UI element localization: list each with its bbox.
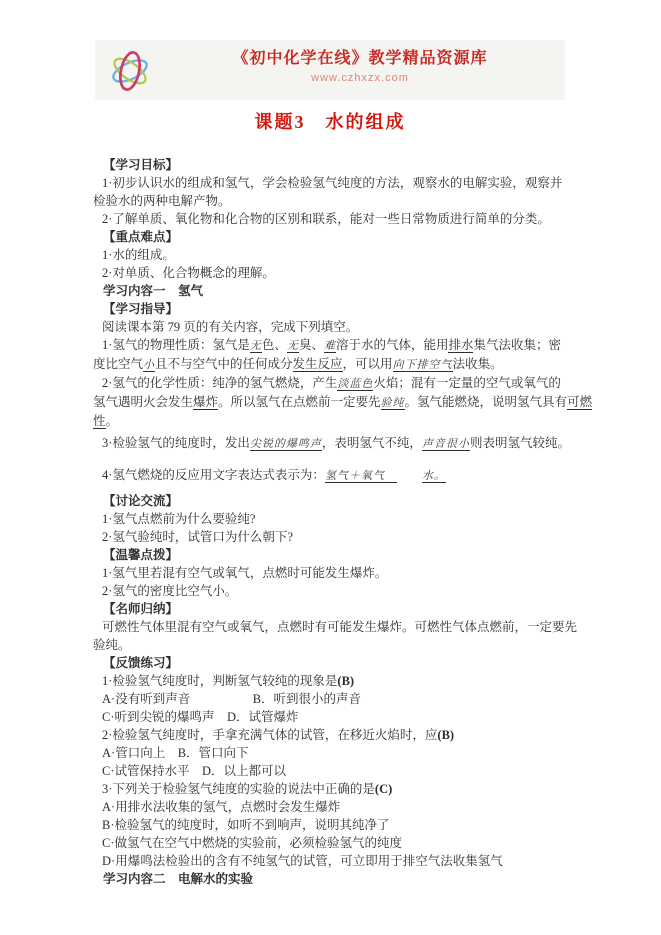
text-segment: A·用排水法收集的氢气，点燃时会发生爆炸: [102, 800, 340, 814]
answer-blank: 排水: [448, 338, 473, 353]
doc-line: 【学习指导】: [93, 300, 567, 318]
answer-blank: 小: [143, 359, 155, 372]
text-segment: 2·氢气的密度比空气小。: [102, 584, 237, 598]
text-segment: [397, 468, 422, 482]
text-segment: A·没有听到声音 B．听到很小的声音: [102, 692, 361, 706]
answer-blank: 尖锐的爆鸣声: [250, 438, 322, 451]
doc-line: D·用爆鸣法检验出的含有不纯氢气的试管，可立即用于排空气法收集氢气: [93, 852, 567, 870]
doc-line: 4·氢气燃烧的反应用文字表达式表示为：氢气＋氧气 水。: [93, 466, 567, 485]
doc-line: 2·氢气的密度比空气小。: [93, 582, 567, 600]
text-segment: 则表明氢气较纯。: [470, 436, 570, 450]
text-segment: C·试管保持水平 D．以上都可以: [102, 764, 286, 778]
text-segment: 学习内容二 电解水的实验: [103, 872, 253, 886]
text-segment: 【反馈练习】: [103, 656, 178, 670]
text-segment: 2·了解单质、氧化物和化合物的区别和联系，能对一些日常物质进行简单的分类。: [102, 212, 550, 226]
text-segment: 【学习指导】: [103, 302, 178, 316]
doc-line: 2·氢气验纯时，试管口为什么朝下?: [93, 528, 567, 546]
doc-line: 3·下列关于检验氢气纯度的实验的说法中正确的是(C): [93, 780, 567, 798]
answer-blank: 氢气＋氧气: [325, 470, 397, 483]
site-banner: 《初中化学在线》教学精品资源库 www.czhxzx.com: [95, 40, 565, 100]
answer-blank: 发生反应: [293, 357, 343, 372]
text-segment: 检验水的两种电解产物。: [93, 194, 231, 208]
answer-blank: 向下排空气: [393, 359, 453, 372]
text-segment: 【讨论交流】: [103, 494, 178, 508]
text-segment: 学习内容一 氢气: [103, 284, 203, 298]
doc-line: 1·水的组成。: [93, 246, 567, 264]
doc-line: 1·检验氢气纯度时，判断氢气较纯的现象是(B): [93, 672, 567, 690]
doc-line: 1·初步认识水的组成和氢气，学会检验氢气纯度的方法，观察水的电解实验，观察并: [93, 174, 567, 192]
text-segment: C·听到尖锐的爆鸣声 D．试管爆炸: [102, 710, 299, 724]
banner-text-block: 《初中化学在线》教学精品资源库 www.czhxzx.com: [165, 48, 555, 86]
text-segment: 【学习目标】: [103, 158, 178, 172]
answer-blank: 验纯: [381, 397, 405, 410]
answer-blank: 难: [324, 340, 336, 353]
site-title: 《初中化学在线》教学精品资源库: [165, 48, 555, 70]
text-segment: D·用爆鸣法检验出的含有不纯氢气的试管，可立即用于排空气法收集氢气: [102, 854, 503, 868]
answer-blank: 性: [93, 414, 106, 429]
doc-line: C·听到尖锐的爆鸣声 D．试管爆炸: [93, 708, 567, 726]
text-segment: 4·氢气燃烧的反应用文字表达式表示为：: [102, 468, 325, 482]
doc-line: 【温馨点拨】: [93, 546, 567, 564]
document-body: 【学习目标】1·初步认识水的组成和氢气，学会检验氢气纯度的方法，观察水的电解实验…: [93, 156, 567, 888]
doc-line: 性。: [93, 412, 567, 430]
text-segment: 集气法收集；密: [473, 338, 561, 352]
text-segment: 2·氢气的化学性质：纯净的氢气燃烧，产生: [102, 376, 337, 390]
doc-line: B·检验氢气的纯度时，如听不到响声，说明其纯净了: [93, 816, 567, 834]
answer-blank: 可燃: [567, 395, 592, 410]
doc-line: 1·氢气点燃前为什么要验纯?: [93, 510, 567, 528]
answer-blank: 无: [287, 340, 299, 353]
text-segment: 法收集。: [453, 357, 503, 371]
doc-line: 【名师归纳】: [93, 600, 567, 618]
atom-swirl-logo-icon: [103, 44, 157, 98]
doc-line: 阅读课本第 79 页的有关内容，完成下列填空。: [93, 318, 567, 336]
doc-line: 1·氢气的物理性质：氢气是无色、无臭、难溶于水的气体，能用排水集气法收集；密: [93, 336, 567, 355]
answer-blank: 声音很小: [422, 438, 470, 451]
doc-line: 学习内容二 电解水的实验: [93, 870, 567, 888]
doc-line: 2·了解单质、氧化物和化合物的区别和联系，能对一些日常物质进行简单的分类。: [93, 210, 567, 228]
text-segment: 氢气遇明火会发生: [93, 395, 193, 409]
doc-line: 【反馈练习】: [93, 654, 567, 672]
text-segment: 2·检验氢气纯度时，手拿充满气体的试管，在移近火焰时，应: [102, 728, 437, 742]
text-segment: ，表明氢气不纯，: [322, 436, 422, 450]
text-segment: 【重点难点】: [103, 230, 178, 244]
doc-line: 氢气遇明火会发生爆炸。所以氢气在点燃前一定要先验纯。氢气能燃烧，说明氢气具有可燃: [93, 393, 567, 412]
doc-line: 验纯。: [93, 636, 567, 654]
text-segment: 【温馨点拨】: [103, 548, 178, 562]
text-segment: (B): [437, 728, 454, 742]
doc-line: 2·检验氢气纯度时，手拿充满气体的试管，在移近火焰时，应(B): [93, 726, 567, 744]
text-segment: 火焰；混有一定量的空气或氧气的: [373, 376, 561, 390]
answer-blank: 水。: [422, 470, 446, 483]
text-segment: (B): [337, 674, 354, 688]
doc-line: A·管口向上 B．管口向下: [93, 744, 567, 762]
doc-line: C·做氢气在空气中燃烧的实验前，必须检验氢气的纯度: [93, 834, 567, 852]
doc-line: 检验水的两种电解产物。: [93, 192, 567, 210]
text-segment: 阅读课本第 79 页的有关内容，完成下列填空。: [102, 320, 358, 334]
doc-line: 【重点难点】: [93, 228, 567, 246]
text-segment: 1·初步认识水的组成和氢气，学会检验氢气纯度的方法，观察水的电解实验，观察并: [102, 176, 562, 190]
text-segment: 2·氢气验纯时，试管口为什么朝下?: [102, 530, 293, 544]
doc-line: 2·对单质、化合物概念的理解。: [93, 264, 567, 282]
text-segment: 3·检验氢气的纯度时，发出: [102, 436, 250, 450]
text-segment: A·管口向上 B．管口向下: [102, 746, 249, 760]
doc-line: A·用排水法收集的氢气，点燃时会发生爆炸: [93, 798, 567, 816]
page-title: 课题3 水的组成: [95, 108, 565, 134]
text-segment: 1·水的组成。: [102, 248, 175, 262]
worksheet-page: 《初中化学在线》教学精品资源库 www.czhxzx.com 课题3 水的组成 …: [0, 0, 661, 935]
text-segment: 1·检验氢气纯度时，判断氢气较纯的现象是: [102, 674, 337, 688]
text-segment: 且不与空气中的任何成分: [155, 357, 293, 371]
text-segment: 1·氢气里若混有空气或氧气，点燃时可能发生爆炸。: [102, 566, 387, 580]
text-segment: 可燃性气体里混有空气或氧气，点燃时有可能发生爆炸。可燃性气体点燃前，一定要先: [102, 620, 577, 634]
doc-line: 度比空气小且不与空气中的任何成分发生反应，可以用向下排空气法收集。: [93, 355, 567, 374]
answer-blank: 淡蓝色: [337, 378, 373, 391]
text-segment: 1·氢气的物理性质：氢气是: [102, 338, 250, 352]
answer-blank: 无: [250, 340, 262, 353]
text-segment: 。氢气能燃烧，说明氢气具有: [405, 395, 568, 409]
text-segment: B·检验氢气的纯度时，如听不到响声，说明其纯净了: [102, 818, 390, 832]
doc-line: 2·氢气的化学性质：纯净的氢气燃烧，产生淡蓝色火焰；混有一定量的空气或氧气的: [93, 374, 567, 393]
answer-blank: 爆炸: [193, 395, 218, 410]
doc-line: 学习内容一 氢气: [93, 282, 567, 300]
doc-line: 1·氢气里若混有空气或氧气，点燃时可能发生爆炸。: [93, 564, 567, 582]
doc-line: 3·检验氢气的纯度时，发出尖锐的爆鸣声，表明氢气不纯，声音很小则表明氢气较纯。: [93, 434, 567, 453]
text-segment: 溶于水的气体，能用: [336, 338, 449, 352]
doc-line: 【讨论交流】: [93, 492, 567, 510]
doc-line: 可燃性气体里混有空气或氧气，点燃时有可能发生爆炸。可燃性气体点燃前，一定要先: [93, 618, 567, 636]
text-segment: 。所以氢气在点燃前一定要先: [218, 395, 381, 409]
text-segment: (C): [375, 782, 392, 796]
text-segment: C·做氢气在空气中燃烧的实验前，必须检验氢气的纯度: [102, 836, 402, 850]
text-segment: 度比空气: [93, 357, 143, 371]
text-segment: 3·下列关于检验氢气纯度的实验的说法中正确的是: [102, 782, 375, 796]
text-segment: ，可以用: [343, 357, 393, 371]
doc-line: 【学习目标】: [93, 156, 567, 174]
text-segment: 【名师归纳】: [103, 602, 178, 616]
text-segment: 臭、: [299, 338, 324, 352]
doc-line: C·试管保持水平 D．以上都可以: [93, 762, 567, 780]
doc-line: A·没有听到声音 B．听到很小的声音: [93, 690, 567, 708]
text-segment: 验纯。: [93, 638, 131, 652]
text-segment: 2·对单质、化合物概念的理解。: [102, 266, 275, 280]
site-url: www.czhxzx.com: [165, 70, 555, 86]
text-segment: 色、: [262, 338, 287, 352]
text-segment: 1·氢气点燃前为什么要验纯?: [102, 512, 255, 526]
text-segment: 。: [106, 414, 119, 428]
